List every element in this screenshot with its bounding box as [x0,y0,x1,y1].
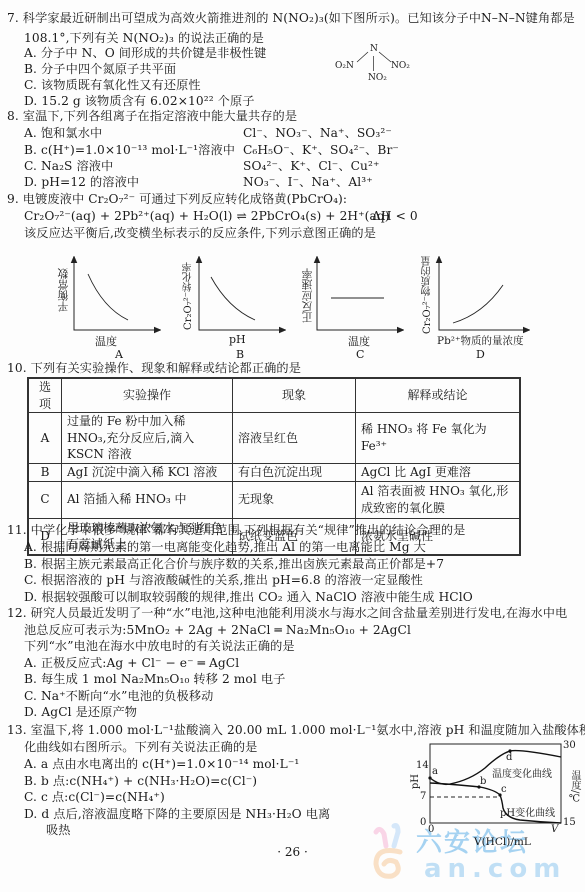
q9-enthalpy: ΔH < 0 [372,208,418,224]
row-a-conclusion: 稀 HNO₃ 将 Fe 氧化为 Fe³⁺ [356,413,521,464]
q8-option-d-cond: D. pH=12 的溶液中 [24,174,139,190]
y2-tick-15: 15 [563,817,576,828]
graph-c-letter: C [356,348,364,361]
row-b-option: B [28,463,62,481]
q7-option-c: C. 该物质既有氧化性又有还原性 [24,77,201,93]
y2-tick-30: 30 [563,740,576,751]
q8-option-c-ions: SO₄²⁻、K⁺、Cl⁻、Cu²⁺ [243,158,380,174]
question-7-stem-cont: 108.1°,下列有关 N(NO₂)₃ 的说法正确的是 [24,30,264,46]
table-row: C Al 箔插入稀 HNO₃ 中 无现象 Al 箔表面被 HNO₃ 氧化,形成致… [28,481,520,518]
question-13-stem: 13. 室温下,将 1.000 mol·L⁻¹盐酸滴入 20.00 mL 1.0… [7,722,585,738]
row-c-option: C [28,481,62,518]
chart-plot [410,740,585,850]
q12-reaction: 池总反应可表示为:5MnO₂ + 2Ag + 2NaCl ═ Na₂Mn₅O₁₀… [24,622,411,638]
graph-d-xlabel: Pb²⁺物质的量浓度 [437,333,524,348]
ph-temperature-chart: a b c d 温度变化曲线 pH变化曲线 14 7 0 pH 30 15 温度… [410,740,585,850]
graph-d [423,250,538,344]
table-row: B AgI 沉淀中滴入稀 KCl 溶液 有白色沉淀出现 AgCl 比 AgI 更… [28,463,520,481]
q13-option-d: D. d 点后,溶液温度略下降的主要原因是 NH₃·H₂O 电离 [24,806,330,822]
graph-b-xlabel: pH [229,333,246,346]
q7-option-a: A. 分子中 N、O 间形成的共价键是非极性键 [24,45,266,61]
q11-option-a: A. 根据同周期元素的第一电离能变化趋势,推出 Al 的第一电离能比 Mg 大 [24,539,426,555]
graph-c-xlabel: 温度 [348,333,370,349]
row-a-operation: 过量的 Fe 粉中加入稀 HNO₃,充分反应后,滴入 KSCN 溶液 [62,413,233,464]
graph-c-ylabel: 正反应速率 [300,268,316,323]
graph-b [183,250,293,344]
question-7-stem: 7. 科学家最近研制出可望成为高效火箭推进剂的 N(NO₂)₃(如下图所示)。已… [7,10,575,26]
graph-c-plot [301,250,411,340]
graph-a-plot [58,250,168,340]
q8-option-d-ions: NO₃⁻、I⁻、Na⁺、Al³⁺ [243,174,373,190]
q9-question: 该反应达平衡后,改变横坐标表示的反应条件,下列示意图正确的是 [24,225,376,241]
y-tick-0: 0 [420,817,426,828]
y-tick-7: 7 [420,791,426,802]
row-b-phenomenon: 有白色沉淀出现 [233,463,356,481]
y-axis-label: pH [410,774,421,789]
row-c-conclusion: Al 箔表面被 HNO₃ 氧化,形成致密的氧化膜 [356,481,521,518]
x-tick-v: V [551,824,558,835]
row-c-operation: Al 箔插入稀 HNO₃ 中 [62,481,233,518]
row-c-phenomenon: 无现象 [233,481,356,518]
graph-a-xlabel: 温度 [95,333,117,349]
point-d-label: d [506,752,512,763]
point-b-label: b [480,776,486,787]
q8-option-a-cond: A. 饱和氯水中 [24,125,102,141]
q8-option-b-ions: C₆H₅O⁻、K⁺、SO₄²⁻、Br⁻ [243,142,399,158]
q11-option-b: B. 根据主族元素最高正化合价与族序数的关系,推出卤族元素最高正价都是+7 [24,556,444,572]
row-b-operation: AgI 沉淀中滴入稀 KCl 溶液 [62,463,233,481]
q8-option-b-cond: B. c(H⁺)=1.0×10⁻¹³ mol·L⁻¹溶液中 [24,142,235,158]
graph-d-plot [423,250,538,340]
question-11-stem: 11. 中学化学中很多“规律”都有其适用范围,下列根据有关“规律”推出的结论合理… [7,522,465,538]
graph-b-ylabel: Cr₂O₇²⁻转化率 [181,262,196,330]
header-phenomenon: 现象 [233,378,356,413]
point-c-label: c [501,784,507,795]
q13-option-a: A. a 点由水电离出的 c(H⁺)=1.0×10⁻¹⁴ mol·L⁻¹ [24,756,299,772]
q13-stem-cont: 化曲线如右图所示。下列有关说法正确的是 [24,739,257,755]
q12-option-b: B. 每生成 1 mol Na₂Mn₅O₁₀ 转移 2 mol 电子 [24,671,285,687]
q8-option-c-cond: C. Na₂S 溶液中 [24,158,113,174]
q11-option-c: C. 根据溶液的 pH 与溶液酸碱性的关系,推出 pH=6.8 的溶液一定显酸性 [24,572,423,588]
q11-option-d: D. 根据较强酸可以制取较弱酸的规律,推出 CO₂ 通入 NaClO 溶液中能生… [24,589,473,605]
q7-option-d: D. 15.2 g 该物质含有 6.02×10²² 个原子 [24,93,255,109]
graph-a-ylabel: 平衡常数 [56,268,72,312]
header-operation: 实验操作 [62,378,233,413]
row-a-option: A [28,413,62,464]
x-tick-0: 0 [428,824,434,835]
q13-option-d-cont: 吸热 [46,822,71,838]
graph-d-ylabel: Cr₂O₇²⁻物质的量 [420,256,435,334]
q12-option-a: A. 正极反应式:Ag + Cl⁻ − e⁻ ═ AgCl [24,655,239,671]
q8-option-a-ions: Cl⁻、NO₃⁻、Na⁺、SO₃²⁻ [243,125,392,141]
q12-option-c: C. Na⁺不断向“水”电池的负极移动 [24,688,213,704]
ph-curve-label: pH变化曲线 [500,804,555,819]
q9-equation: Cr₂O₇²⁻(aq) + 2Pb²⁺(aq) + H₂O(l) ⇌ 2PbCr… [24,208,390,224]
point-a-label: a [432,766,438,777]
q12-option-d: D. AgCl 是还原产物 [24,704,137,720]
question-8-stem: 8. 室温下,下列各组离子在指定溶液中能大量共存的是 [7,108,297,124]
row-a-phenomenon: 溶液呈红色 [233,413,356,464]
graph-a [58,250,168,344]
q7-option-b: B. 分子中四个氮原子共平面 [24,61,176,77]
table-header-row: 选项 实验操作 现象 解释或结论 [28,378,520,413]
temperature-curve-label: 温度变化曲线 [492,765,552,780]
row-b-conclusion: AgCl 比 AgI 更难溶 [356,463,521,481]
question-12-stem: 12. 研究人员最近发明了一种“水”电池,这种电池能利用淡水与海水之间含盐量差别… [7,605,567,621]
q13-option-b: B. b 点:c(NH₄⁺) + c(NH₃·H₂O)=c(Cl⁻) [24,773,257,789]
graph-d-letter: D [476,348,485,361]
table-row: A 过量的 Fe 粉中加入稀 HNO₃,充分反应后,滴入 KSCN 溶液 溶液呈… [28,413,520,464]
header-conclusion: 解释或结论 [356,378,521,413]
header-option: 选项 [28,378,62,413]
molecule-structure: N O₂N NO₂ NO₂ [335,44,430,84]
graph-c [301,250,411,344]
y2-axis-label: 温度/℃ [567,770,582,804]
y-tick-14: 14 [416,760,429,771]
question-9-stem: 9. 电镀废液中 Cr₂O₇²⁻ 可通过下列反应转化成铬黄(PbCrO₄): [7,191,347,207]
question-10-stem: 10. 下列有关实验操作、现象和解释或结论都正确的是 [7,360,301,376]
graph-b-plot [183,250,293,340]
page-number: · 26 · [0,845,585,859]
q13-option-c: C. c 点:c(Cl⁻)=c(NH₄⁺) [24,789,165,805]
mol-bonds [335,44,430,84]
q12-question: 下列“水”电池在海水中放电时的有关说法正确的是 [24,638,295,654]
